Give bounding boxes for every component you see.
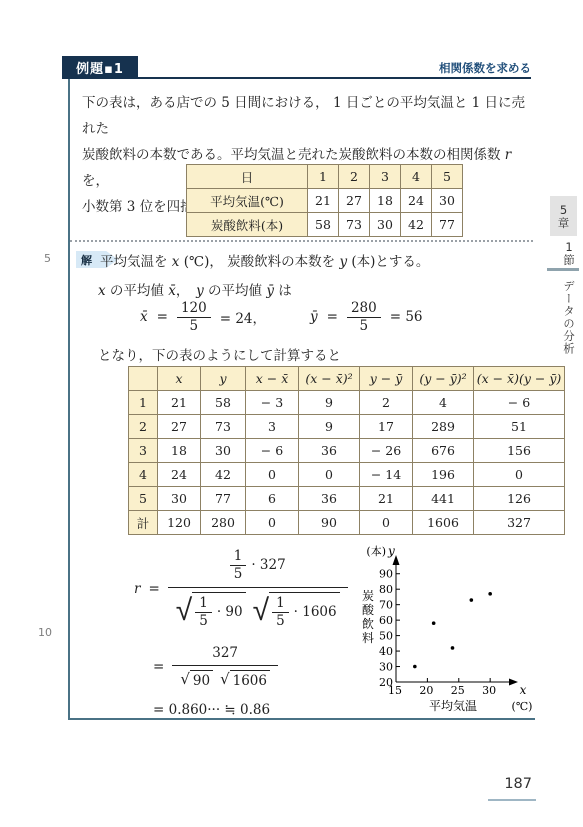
variable-x-bar: x̄	[140, 309, 148, 325]
table-cell: 280	[201, 511, 246, 535]
table-cell: 42	[201, 463, 246, 487]
sidebar-section-label: 1節	[550, 240, 577, 266]
data-point	[413, 665, 417, 669]
table-row: 12158− 3924− 6	[129, 391, 565, 415]
radical-sign: √	[220, 673, 230, 686]
denominator: 5	[347, 317, 381, 335]
table-cell: 30	[370, 213, 401, 237]
y-tick-label: 80	[379, 583, 393, 596]
x-axis-title: 平均気温	[429, 699, 477, 713]
y-var-label: y	[387, 544, 395, 558]
correlation-formula: r = 15 · 327 √15· 90 √15· 1606 = 327 √90…	[96, 548, 361, 718]
table-cell: 24	[158, 463, 201, 487]
table-cell: (x − x̄)²	[299, 367, 360, 391]
table-cell: 3	[129, 439, 158, 463]
table-cell: 441	[413, 487, 474, 511]
table-cell: 196	[413, 463, 474, 487]
text: (本)とする。	[347, 254, 429, 270]
table-cell: 676	[413, 439, 474, 463]
denominator: 5	[272, 612, 289, 630]
page-number-rule	[488, 799, 536, 801]
data-point	[451, 646, 455, 650]
table-cell: 73	[201, 415, 246, 439]
table-cell: 2	[360, 391, 413, 415]
table-row: 日12345	[187, 165, 463, 189]
sidebar-unit-label: データの分析	[550, 280, 577, 355]
numerator: 1	[272, 595, 289, 612]
numerator: 327	[172, 645, 278, 665]
table-cell: 0	[299, 463, 360, 487]
multiplier: · 1606	[294, 604, 337, 620]
table-cell: 36	[299, 487, 360, 511]
table-cell: 日	[187, 165, 308, 189]
scatter-plot-svg: 152025302030405060708090(本)yx(℃)平均気温炭酸飲料	[356, 542, 534, 714]
table-cell: 30	[201, 439, 246, 463]
table-cell: 1	[129, 391, 158, 415]
y-axis-title-char: 料	[362, 630, 374, 645]
given-data-table: 日12345平均気温(℃)2127182430炭酸飲料(本)5873304277	[186, 164, 463, 237]
table-cell: 156	[474, 439, 565, 463]
variable-x-bar: x̄	[168, 283, 176, 299]
y-tick-label: 50	[379, 630, 393, 643]
table-cell: − 14	[360, 463, 413, 487]
numerator: 280	[347, 300, 381, 317]
text: ，	[176, 283, 196, 299]
table-cell: 327	[474, 511, 565, 535]
denominator: 5	[177, 317, 211, 335]
table-cell: 27	[158, 415, 201, 439]
variable-y-bar: ȳ	[266, 283, 274, 299]
radical-sign: √	[180, 673, 190, 686]
radical-sign: √	[253, 598, 269, 624]
table-cell: 2	[129, 415, 158, 439]
big-fraction: 15 · 327 √15· 90 √15· 1606	[168, 548, 348, 630]
table-cell: 9	[299, 391, 360, 415]
table-row: 22773391728951	[129, 415, 565, 439]
text: の平均値	[106, 283, 169, 299]
multiplier: · 90	[217, 604, 243, 620]
table-cell: (x − x̄)(y − ȳ)	[474, 367, 565, 391]
table-cell: 5	[432, 165, 463, 189]
calc-table-intro: となり，下の表のようにして計算すると	[98, 344, 341, 364]
big-numerator: 15 · 327	[168, 548, 348, 587]
table-cell: x	[158, 367, 201, 391]
table-cell: y − ȳ	[360, 367, 413, 391]
y-mean-result: = 56	[390, 309, 423, 325]
y-tick-label: 90	[379, 568, 393, 581]
sqrt-term: √1606	[220, 670, 270, 689]
table-cell: 18	[158, 439, 201, 463]
table-cell: 3	[246, 415, 299, 439]
table-cell: 1	[308, 165, 339, 189]
margin-line-number-10: 10	[38, 626, 52, 639]
scatter-plot: 152025302030405060708090(本)yx(℃)平均気温炭酸飲料	[356, 542, 534, 714]
problem-line-1: 下の表は，ある店での 5 日間における， 1 日ごとの平均気温と 1 日に売れた	[82, 90, 530, 142]
sidebar-chapter-badge: 5章	[550, 196, 577, 236]
example-badge: 例題▪1	[62, 56, 138, 78]
formula-line-1: r = 15 · 327 √15· 90 √15· 1606	[96, 548, 361, 630]
table-cell: 126	[474, 487, 565, 511]
table-cell: 18	[370, 189, 401, 213]
table-cell: 2	[339, 165, 370, 189]
data-point	[470, 598, 474, 602]
y-tick-label: 40	[379, 645, 393, 658]
text: の平均値	[204, 283, 267, 299]
numerator: 120	[177, 300, 211, 317]
big-denominator: √15· 90 √15· 1606	[168, 587, 348, 630]
table-cell: 0	[246, 511, 299, 535]
variable-y-bar: ȳ	[310, 309, 318, 325]
table-cell: 27	[339, 189, 370, 213]
table-cell: 90	[299, 511, 360, 535]
fraction: 15	[230, 548, 247, 583]
text: 平均気温を	[100, 254, 172, 270]
formula-result: = 0.860··· ≒ 0.86	[96, 702, 361, 718]
table-cell: (y − ȳ)²	[413, 367, 474, 391]
table-cell: 73	[339, 213, 370, 237]
data-point	[488, 592, 492, 596]
y-tick-label: 60	[379, 614, 393, 627]
table-cell: 0	[360, 511, 413, 535]
table-cell: − 6	[246, 439, 299, 463]
x-tick-label: 20	[419, 684, 433, 697]
table-cell: 4	[413, 391, 474, 415]
table-row: 平均気温(℃)2127182430	[187, 189, 463, 213]
table-cell: − 3	[246, 391, 299, 415]
page-number: 187	[460, 776, 532, 792]
table-row: 炭酸飲料(本)5873304277	[187, 213, 463, 237]
mean-intro: x の平均値 x̄， y の平均値 ȳ は	[98, 279, 292, 299]
table-cell: 30	[432, 189, 463, 213]
table-cell: 21	[308, 189, 339, 213]
x-tick-label: 25	[451, 684, 465, 697]
table-cell: 17	[360, 415, 413, 439]
numerator: 1	[230, 548, 247, 565]
x-unit-label: (℃)	[512, 700, 533, 713]
table-cell: 炭酸飲料(本)	[187, 213, 308, 237]
table-cell: x − x̄	[246, 367, 299, 391]
table-cell: 0	[246, 463, 299, 487]
table-row: xyx − x̄(x − x̄)²y − ȳ(y − ȳ)²(x − x̄)…	[129, 367, 565, 391]
table-cell: 51	[474, 415, 565, 439]
numerator: 1	[195, 595, 212, 612]
table-cell: y	[201, 367, 246, 391]
table-row: 4244200− 141960	[129, 463, 565, 487]
multiplier: · 327	[251, 557, 285, 573]
table-cell: 0	[474, 463, 565, 487]
y-unit-label: (本)	[366, 544, 386, 558]
denominator: √90 √1606	[172, 665, 278, 689]
calculation-table: xyx − x̄(x − x̄)²y − ȳ(y − ȳ)²(x − x̄)…	[128, 366, 565, 535]
radical-sign: √	[176, 598, 192, 624]
formula-line-2: = 327 √90 √1606	[96, 645, 361, 689]
x-tick-label: 30	[482, 684, 496, 697]
solution-intro: 平均気温を x (℃)， 炭酸飲料の本数を y (本)とする。	[100, 250, 429, 270]
table-cell: − 6	[474, 391, 565, 415]
variable-y: y	[196, 283, 204, 299]
text: (℃)， 炭酸飲料の本数を	[179, 254, 339, 270]
table-cell: 4	[401, 165, 432, 189]
fraction: 2805	[347, 300, 381, 335]
table-cell: 42	[401, 213, 432, 237]
table-cell: 6	[246, 487, 299, 511]
y-tick-label: 30	[379, 661, 393, 674]
table-row: 31830− 636− 26676156	[129, 439, 565, 463]
table-cell: 21	[360, 487, 413, 511]
sqrt-term: √15· 1606	[253, 592, 340, 630]
table-cell: 24	[401, 189, 432, 213]
table-cell: 9	[299, 415, 360, 439]
table-cell: 21	[158, 391, 201, 415]
variable-r: r	[134, 581, 140, 597]
table-cell: 5	[129, 487, 158, 511]
y-axis-title-char: 酸	[362, 603, 375, 617]
table-cell: 30	[158, 487, 201, 511]
variable-y: y	[339, 254, 347, 270]
y-axis-title-char: 炭	[362, 588, 374, 603]
sqrt-term: √15· 90	[176, 592, 246, 630]
variable-r: r	[505, 147, 511, 163]
table-cell: 77	[432, 213, 463, 237]
margin-line-number-5: 5	[44, 252, 51, 265]
table-row: 5307763621441126	[129, 487, 565, 511]
sqrt-term: √90	[180, 670, 213, 689]
equals-sign: =	[157, 309, 168, 325]
dotted-separator	[70, 240, 533, 242]
table-cell: 120	[158, 511, 201, 535]
table-cell: 計	[129, 511, 158, 535]
denominator: 5	[230, 565, 247, 583]
x-axis-arrow	[509, 679, 518, 686]
problem-line-2-text: 炭酸飲料の本数である。平均気温と売れた炭酸飲料の本数の相関係数	[82, 147, 505, 163]
table-row: 計12028009001606327	[129, 511, 565, 535]
y-axis-title-char: 飲	[362, 617, 374, 631]
y-tick-label: 70	[379, 599, 393, 612]
data-point	[432, 621, 436, 625]
x-var-label: x	[520, 683, 527, 697]
fraction: 327 √90 √1606	[172, 645, 278, 689]
fraction: 1205	[177, 300, 211, 335]
problem-line-2-tail: を，	[82, 173, 109, 189]
variable-x: x	[98, 283, 106, 299]
table-cell: 4	[129, 463, 158, 487]
table-cell: 3	[370, 165, 401, 189]
denominator: 5	[195, 612, 212, 630]
equals-sign: =	[327, 309, 338, 325]
table-cell: 36	[299, 439, 360, 463]
table-cell: − 26	[360, 439, 413, 463]
mean-equations: x̄ = 1205 = 24， ȳ = 2805 = 56	[140, 300, 423, 335]
x-mean-result: = 24，	[220, 307, 266, 327]
equals-sign: =	[153, 659, 164, 675]
text: は	[274, 283, 292, 299]
table-cell: 58	[201, 391, 246, 415]
table-cell: 平均気温(℃)	[187, 189, 308, 213]
equals-sign: =	[148, 581, 159, 597]
table-cell: 1606	[413, 511, 474, 535]
table-cell: 58	[308, 213, 339, 237]
table-cell: 289	[413, 415, 474, 439]
table-cell	[129, 367, 158, 391]
y-tick-label: 20	[379, 676, 393, 689]
sidebar-divider	[547, 268, 579, 271]
topic-title: 相関係数を求める	[300, 60, 531, 76]
table-cell: 77	[201, 487, 246, 511]
